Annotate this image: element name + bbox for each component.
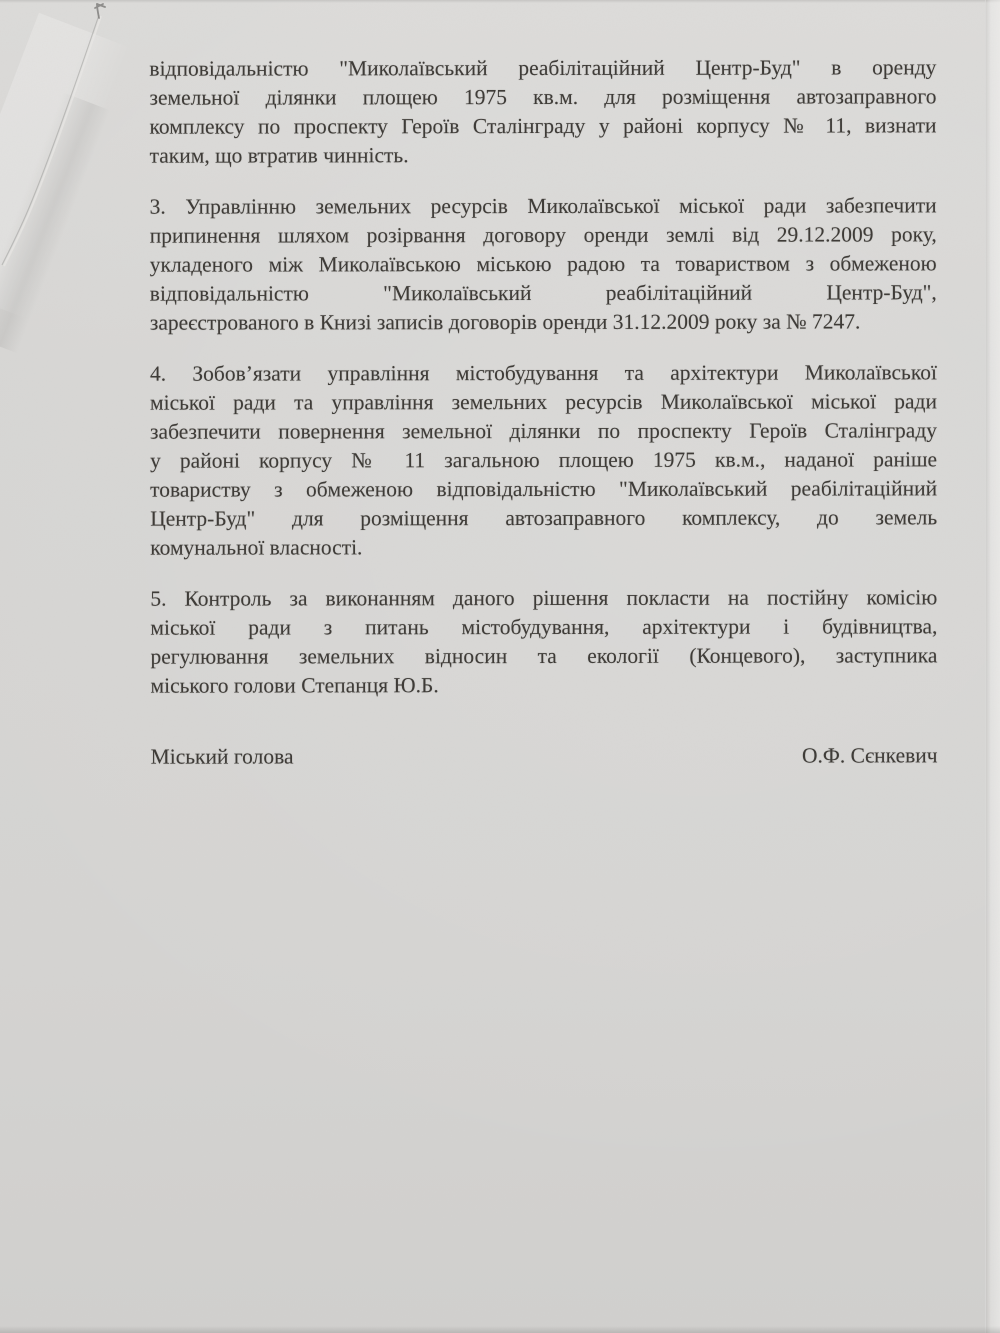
text-line: товариству з обмеженою відповідальністю …	[150, 474, 937, 504]
text-line: відповідальністю "Миколаївський реабіліт…	[149, 53, 936, 83]
text-line: Центр-Буд" для розміщення автозаправного…	[150, 503, 937, 533]
scanned-document-page: відповідальністю "Миколаївський реабіліт…	[0, 0, 1000, 1333]
clause-5: 5. Контроль за виконанням даного рішення…	[150, 583, 937, 700]
signature-title: Міський голова	[151, 742, 294, 771]
text-line: укладеного між Миколаївською міською рад…	[150, 249, 937, 279]
paper-crease-highlight	[4, 16, 101, 266]
paper-fold-shadow	[0, 75, 167, 375]
paper-edge-top	[0, 0, 1000, 3]
clause-2-continuation: відповідальністю "Миколаївський реабіліт…	[149, 53, 936, 170]
text-line: комунальної власності.	[150, 532, 937, 562]
staple-mark-icon	[95, 4, 105, 18]
text-line: міського голови Степанця Ю.Б.	[150, 670, 937, 700]
text-line: міської ради з питань містобудування, ар…	[150, 612, 937, 642]
clause-3: 3. Управлінню земельних ресурсів Миколаї…	[150, 191, 937, 337]
paragraphs-container: відповідальністю "Миколаївський реабіліт…	[149, 53, 937, 700]
text-line: 5. Контроль за виконанням даного рішення…	[150, 583, 937, 613]
text-line: 3. Управлінню земельних ресурсів Миколаї…	[150, 191, 937, 221]
text-line: 4. Зобов’язати управління містобудування…	[150, 358, 937, 388]
paper-edge-bottom	[0, 1326, 1000, 1333]
text-line: комплексу по проспекту Героїв Сталінград…	[149, 111, 936, 141]
clause-4: 4. Зобов’язати управління містобудування…	[150, 358, 937, 562]
text-line: у районі корпусу № 11 загальною площею 1…	[150, 445, 937, 475]
text-line: забезпечити повернення земельної ділянки…	[150, 416, 937, 446]
paper-edge-right	[985, 0, 1000, 1333]
document-body: відповідальністю "Миколаївський реабіліт…	[149, 53, 937, 771]
text-line: таким, що втратив чинність.	[150, 140, 937, 170]
text-line: припинення шляхом розірвання договору ор…	[150, 220, 937, 250]
text-line: зареєстрованого в Книзі записів договорі…	[150, 307, 937, 337]
signature-block: Міський голова О.Ф. Сєнкевич	[151, 741, 938, 771]
text-line: регулювання земельних відносин та еколог…	[150, 641, 937, 671]
text-line: відповідальністю "Миколаївський реабіліт…	[150, 278, 937, 308]
paper-crease-line	[2, 15, 99, 265]
text-line: міської ради та управління земельних рес…	[150, 387, 937, 417]
text-line: земельної ділянки площею 1975 кв.м. для …	[149, 82, 936, 112]
signature-name: О.Ф. Сєнкевич	[802, 741, 938, 770]
